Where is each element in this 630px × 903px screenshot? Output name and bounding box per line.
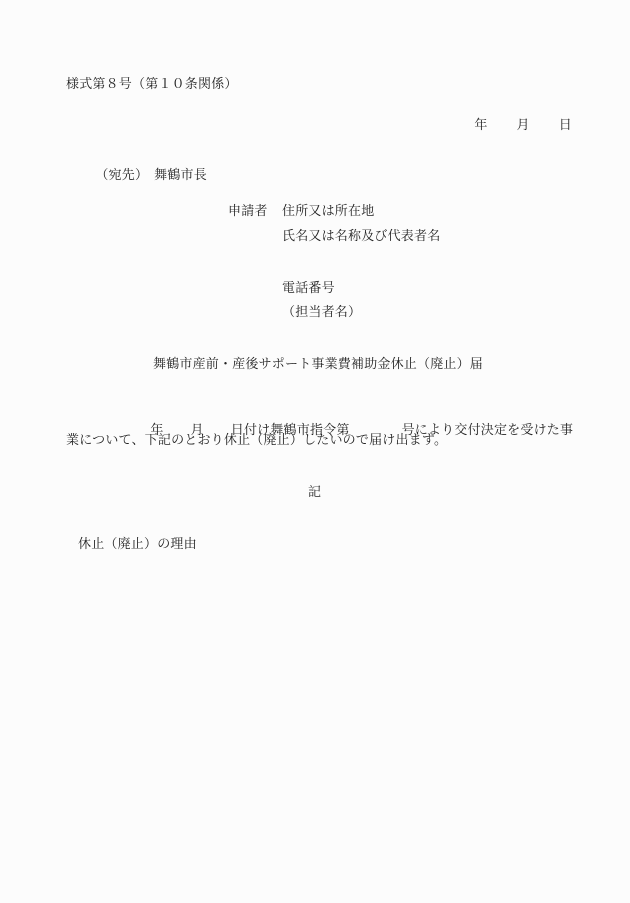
date-year-label: 年 [474,118,487,133]
document-title: 舞鶴市産前・産後サポート事業費補助金休止（廃止）届 [153,357,483,373]
applicant-contact-label: （担当者名） [282,305,361,321]
submission-date: 年月日 [457,102,572,150]
applicant-name-label: 氏名又は名称及び代表者名 [282,229,440,245]
applicant-phone-label: 電話番号 [282,281,335,297]
body-line-2: 業について、下記のとおり休止（廃止）したいので届け出ます。 [66,433,447,449]
form-number: 様式第８号（第１０条関係） [66,77,238,93]
reason-label: 休止（廃止）の理由 [78,537,197,553]
applicant-address-label: 住所又は所在地 [282,204,374,220]
addressee-name: 舞鶴市長 [154,168,207,183]
addressee-label: （宛先） [95,168,148,183]
date-month-label: 月 [517,118,530,133]
note-heading: 記 [308,485,321,501]
applicant-label: 申請者 [228,204,268,220]
addressee: （宛先）舞鶴市長 [78,152,207,200]
date-day-label: 日 [559,118,572,133]
